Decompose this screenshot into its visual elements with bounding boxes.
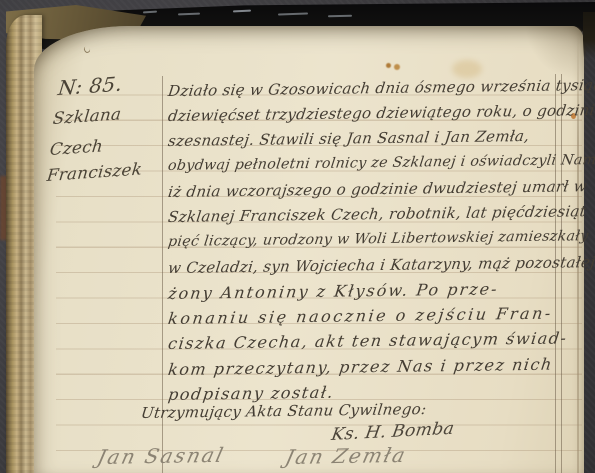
foxing-spot [394,64,400,70]
page-edge-writing-trace [233,10,251,13]
page-edge-writing-trace [143,11,157,14]
margin-surname: Czech [49,136,104,159]
right-margin-rule-2 [561,74,562,473]
right-margin-rule [555,74,556,473]
page-edge-writing-trace [328,15,352,17]
witness-signature: Jan Zemła [283,443,409,469]
next-page-edge-shadow [583,12,595,58]
page-edge-writing-trace [178,13,200,16]
page-edge-writing-trace [278,12,308,15]
foxing-blotch [452,60,482,78]
register-book-photo: N: 85. Szklana Czech Franciszek Działo s… [0,0,595,473]
foxing-spot [386,63,391,68]
witness-signature: Jan Sasnal [95,443,227,469]
record-number: N: 85. [57,72,124,100]
